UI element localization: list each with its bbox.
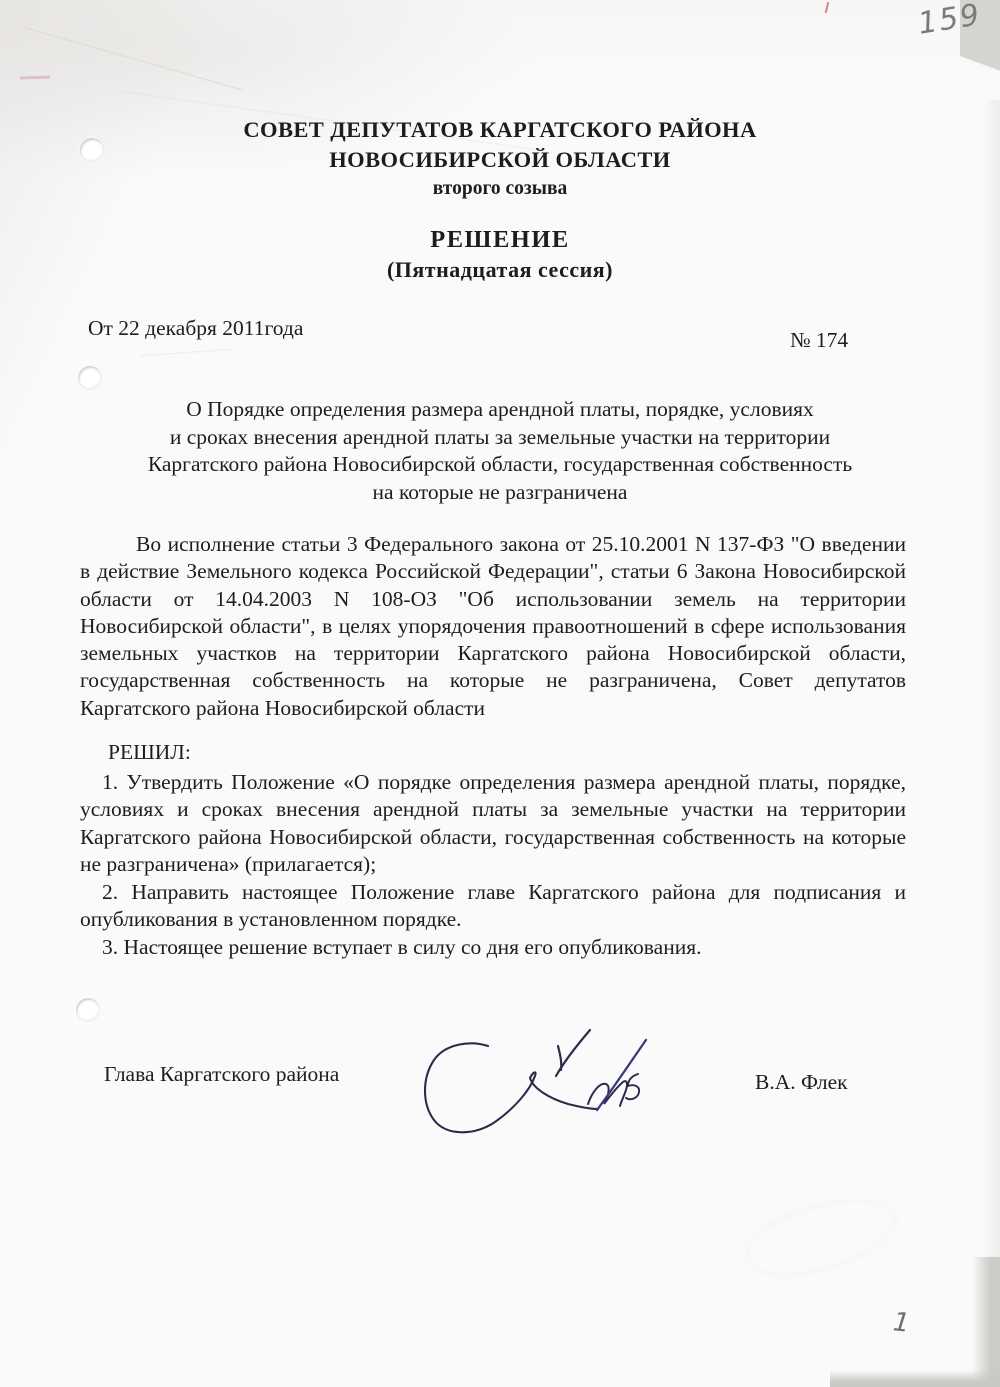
organization-name-line1: СОВЕТ ДЕПУТАТОВ КАРГАТСКОГО РАЙОНА: [0, 115, 1000, 145]
document-type-block: РЕШЕНИЕ (Пятнадцатая сессия): [0, 226, 1000, 283]
bleed-through-mark: [739, 1183, 905, 1291]
paper-crease: [22, 26, 244, 91]
resolved-heading: РЕШИЛ:: [108, 739, 906, 767]
paper-crease: [140, 349, 230, 357]
punch-hole: [76, 998, 100, 1022]
subject-line: Каргатского района Новосибирской области…: [60, 451, 940, 479]
resolution-item: 1. Утвердить Положение «О порядке опреде…: [80, 769, 906, 879]
document-body: Во исполнение статьи 3 Федерального зако…: [80, 531, 906, 722]
preamble-paragraph: Во исполнение статьи 3 Федерального зако…: [80, 531, 906, 722]
resolution-item: 2. Направить настоящее Положение главе К…: [80, 879, 906, 934]
resolution-item: 3. Настоящее решение вступает в силу со …: [80, 934, 906, 962]
resolution-block: РЕШИЛ: 1. Утвердить Положение «О порядке…: [80, 739, 906, 961]
ink-smudge: [825, 2, 830, 13]
document-number: № 174: [790, 328, 848, 353]
handwritten-sheet-number: 1: [891, 1307, 911, 1339]
convocation-label: второго созыва: [0, 178, 1000, 200]
subject-line: О Порядке определения размера арендной п…: [60, 396, 940, 424]
letterhead: СОВЕТ ДЕПУТАТОВ КАРГАТСКОГО РАЙОНА НОВОС…: [0, 115, 1000, 200]
session-label: (Пятнадцатая сессия): [0, 257, 1000, 283]
subject-line: и сроках внесения арендной платы за земе…: [60, 424, 940, 452]
document-subject: О Порядке определения размера арендной п…: [60, 396, 940, 506]
subject-line: на которые не разграничена: [60, 479, 940, 507]
ink-smudge: [20, 75, 50, 79]
scanner-edge: [972, 1257, 1000, 1387]
document-date: От 22 декабря 2011года: [88, 316, 303, 341]
signer-position: Глава Каргатского района: [104, 1062, 339, 1087]
handwritten-signature: [400, 1012, 680, 1172]
scanner-edge: [830, 1370, 1000, 1387]
scanned-document-page: { "page": { "corner_number": "159", "bot…: [0, 0, 1000, 1387]
organization-name-line2: НОВОСИБИРСКОЙ ОБЛАСТИ: [0, 145, 1000, 175]
document-type-title: РЕШЕНИЕ: [0, 226, 1000, 254]
punch-hole: [78, 366, 102, 390]
signer-name: В.А. Флек: [755, 1070, 848, 1095]
